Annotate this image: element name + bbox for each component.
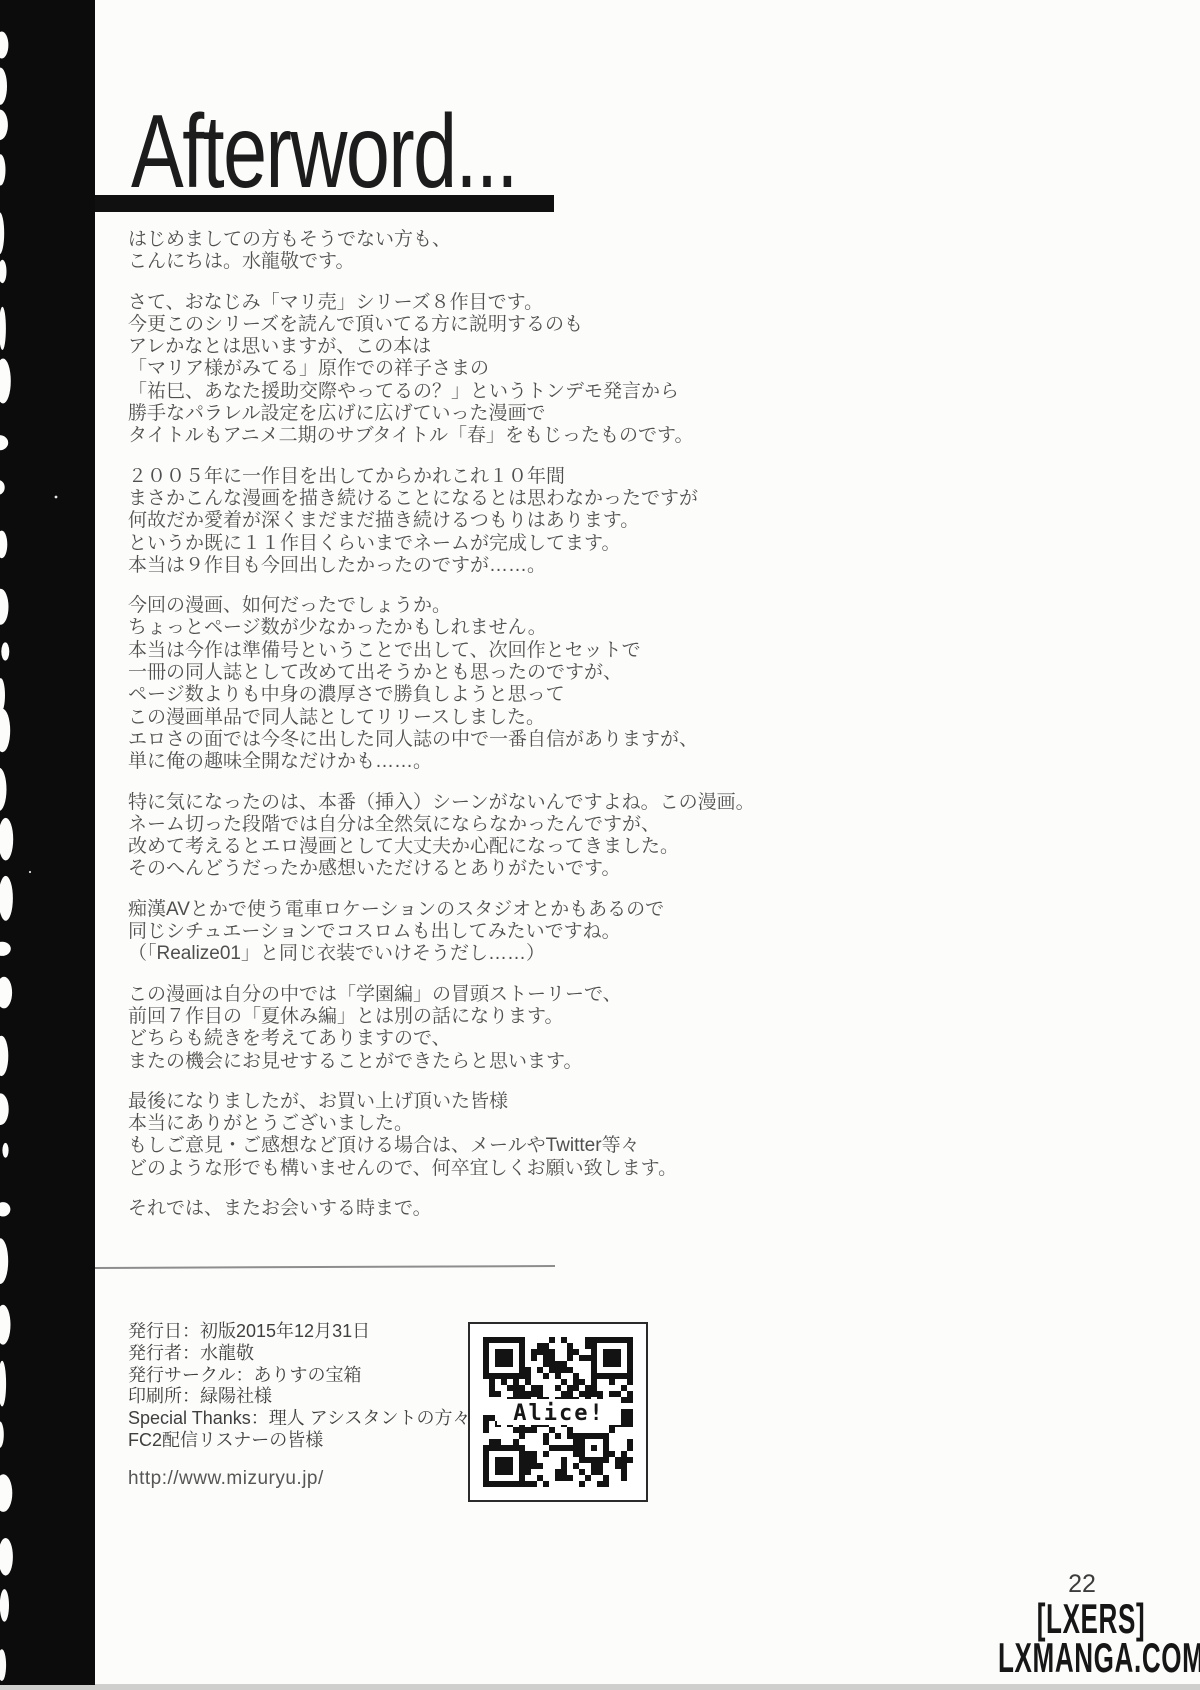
text-line: 本当は今作は準備号ということで出して、次回作とセットで	[128, 640, 688, 662]
text-line: 改めて考えるとエロ漫画として大丈夫か心配になってきました。	[128, 836, 688, 858]
text-line: ２００５年に一作目を出してからかれこれ１０年間	[128, 466, 688, 488]
text-line: というか既に１１作目くらいまでネームが完成してます。	[128, 533, 688, 555]
text-line: 最後になりましたが、お買い上げ頂いた皆様	[128, 1091, 688, 1113]
colophon-line: 印刷所：緑陽社様	[128, 1386, 470, 1408]
colophon-line: 発行サークル：ありすの宝箱	[128, 1365, 470, 1387]
text-line: 今回の漫画、如何だったでしょうか。	[128, 595, 688, 617]
text-line: ネーム切った段階では自分は全然気にならなかったんですが、	[128, 814, 688, 836]
text-line: タイトルもアニメ二期のサブタイトル「春」をもじったものです。	[128, 425, 688, 447]
text-line: 本当にありがとうございました。	[128, 1113, 688, 1135]
qr-label: Alice!	[513, 1401, 604, 1426]
text-line: 勝手なパラレル設定を広げに広げていった漫画で	[128, 403, 688, 425]
text-line: 今更このシリーズを読んで頂いてる方に説明するのも	[128, 314, 688, 336]
text-line: そのへんどうだったか感想いただけるとありがたいです。	[128, 858, 688, 880]
colophon-line: 発行者：水龍敬	[128, 1343, 470, 1365]
website-url: http://www.mizuryu.jp/	[128, 1468, 324, 1490]
colophon-line: FC2配信リスナーの皆様	[128, 1430, 470, 1452]
qr-code-pattern: Alice!	[483, 1337, 633, 1487]
text-line: またの機会にお見せすることができたらと思います。	[128, 1051, 688, 1073]
afterword-text: はじめましての方もそうでない方も、こんにちは。水龍敬です。さて、おなじみ「マリ売…	[128, 229, 688, 1238]
torn-paper-edge	[0, 0, 95, 1685]
text-line: 痴漢AVとかで使う電車ロケーションのスタジオとかもあるので	[128, 899, 688, 921]
paragraph: それでは、またお会いする時まで。	[128, 1198, 688, 1220]
text-line: ちょっとページ数が少なかったかもしれません。	[128, 617, 688, 639]
paragraph: はじめましての方もそうでない方も、こんにちは。水龍敬です。	[128, 229, 688, 274]
text-line: 「マリア様がみてる」原作での祥子さまの	[128, 358, 688, 380]
divider-line	[95, 1265, 555, 1269]
paragraph: 痴漢AVとかで使う電車ロケーションのスタジオとかもあるので同じシチュエーションで…	[128, 899, 688, 966]
text-line: こんにちは。水龍敬です。	[128, 251, 688, 273]
text-line: はじめましての方もそうでない方も、	[128, 229, 688, 251]
text-line: エロさの面では今冬に出した同人誌の中で一番自信がありますが、	[128, 729, 688, 751]
paragraph: ２００５年に一作目を出してからかれこれ１０年間まさかこんな漫画を描き続けることに…	[128, 466, 688, 577]
text-line: 同じシチュエーションでコスロムも出してみたいですね。	[128, 921, 688, 943]
colophon-block: 発行日：初版2015年12月31日発行者：水龍敬発行サークル：ありすの宝箱印刷所…	[128, 1321, 470, 1452]
text-line: 前回７作目の「夏休み編」とは別の話になります。	[128, 1006, 688, 1028]
paragraph: 特に気になったのは、本番（挿入）シーンがないんですよね。この漫画。ネーム切った段…	[128, 792, 688, 881]
text-line: （「Realize01」と同じ衣装でいけそうだし……）	[128, 943, 688, 965]
text-line: アレかなとは思いますが、この本は	[128, 336, 688, 358]
page-title: Afterword...	[131, 100, 517, 204]
watermark: [LXERS] LXMANGA.COM	[998, 1599, 1184, 1676]
text-line: 一冊の同人誌として改めて出そうかとも思ったのですが、	[128, 662, 688, 684]
text-line: 特に気になったのは、本番（挿入）シーンがないんですよね。この漫画。	[128, 792, 688, 814]
text-line: さて、おなじみ「マリ売」シリーズ８作目です。	[128, 292, 688, 314]
text-line: もしご意見・ご感想など頂ける場合は、メールやTwitter等々	[128, 1135, 688, 1157]
colophon-line: Special Thanks：理人 アシスタントの方々	[128, 1408, 470, 1430]
scan-bottom-edge	[0, 1684, 1200, 1690]
text-line: 単に俺の趣味全開なだけかも……。	[128, 751, 688, 773]
text-line: 本当は９作目も今回出したかったのですが……。	[128, 555, 688, 577]
text-line: どのような形でも構いませんので、何卒宜しくお願い致します。	[128, 1158, 688, 1180]
text-line: 何故だか愛着が深くまだまだ描き続けるつもりはあります。	[128, 510, 688, 532]
afterword-page: Afterword... はじめましての方もそうでない方も、こんにちは。水龍敬で…	[0, 0, 1200, 1690]
qr-code: Alice!	[468, 1322, 648, 1502]
text-line: どちらも続きを考えてありますので、	[128, 1028, 688, 1050]
text-line: まさかこんな漫画を描き続けることになるとは思わなかったですが	[128, 488, 688, 510]
colophon-line: 発行日：初版2015年12月31日	[128, 1321, 470, 1343]
torn-edge-texture	[0, 0, 95, 1685]
paragraph: 今回の漫画、如何だったでしょうか。ちょっとページ数が少なかったかもしれません。本…	[128, 595, 688, 773]
paragraph: 最後になりましたが、お買い上げ頂いた皆様本当にありがとうございました。もしご意見…	[128, 1091, 688, 1180]
watermark-line1: [LXERS]	[998, 1599, 1184, 1639]
text-line: この漫画単品で同人誌としてリリースしました。	[128, 707, 688, 729]
text-line: ページ数よりも中身の濃厚さで勝負しようと思って	[128, 684, 688, 706]
text-line: この漫画は自分の中では「学園編」の冒頭ストーリーで、	[128, 984, 688, 1006]
watermark-line2: LXMANGA.COM	[998, 1639, 1184, 1676]
text-line: それでは、またお会いする時まで。	[128, 1198, 688, 1220]
text-line: 「祐巳、あなた援助交際やってるの？」というトンデモ発言から	[128, 381, 688, 403]
paragraph: さて、おなじみ「マリ売」シリーズ８作目です。今更このシリーズを読んで頂いてる方に…	[128, 292, 688, 448]
paragraph: この漫画は自分の中では「学園編」の冒頭ストーリーで、前回７作目の「夏休み編」とは…	[128, 984, 688, 1073]
